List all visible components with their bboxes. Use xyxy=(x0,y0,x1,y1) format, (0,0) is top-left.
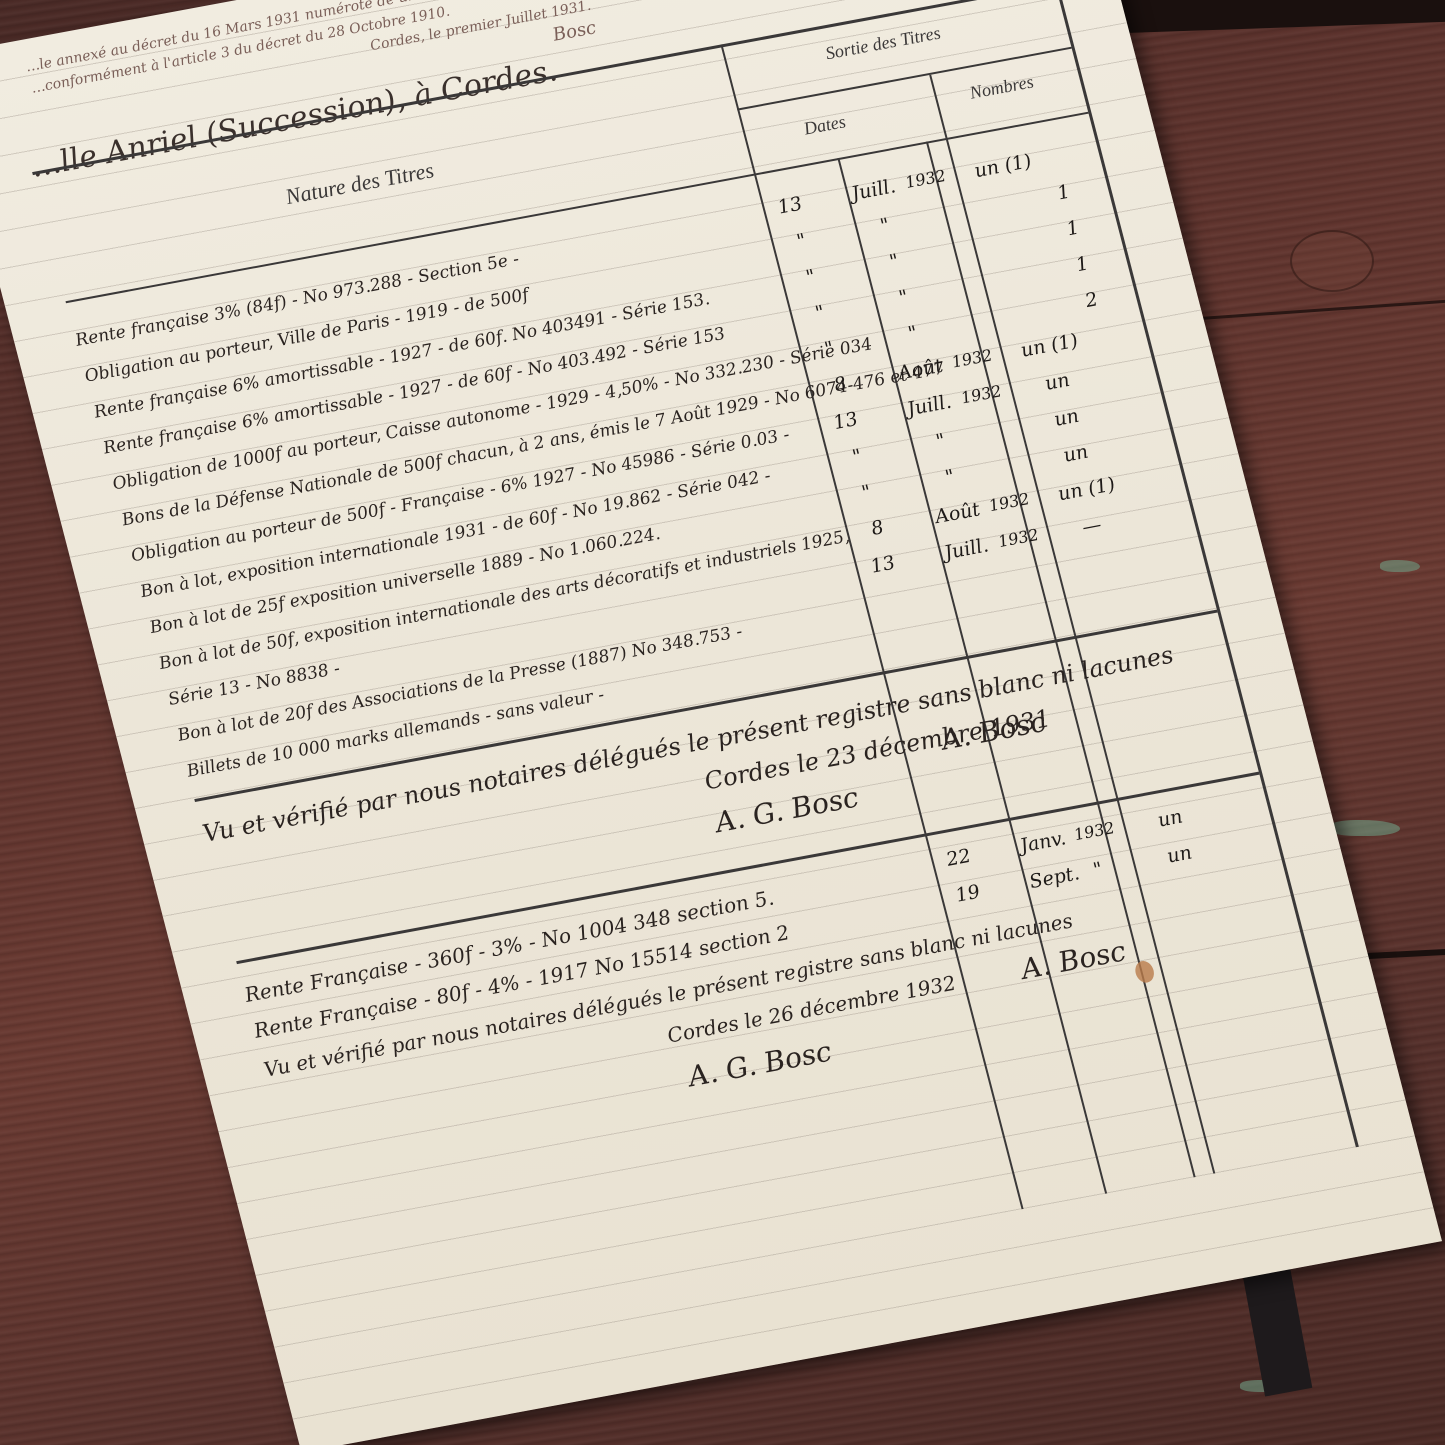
paint-fleck xyxy=(1330,820,1400,836)
entry-day: 13 xyxy=(831,408,860,434)
entry-count: un xyxy=(1061,441,1091,467)
entry-day: 13 xyxy=(775,193,804,219)
entry-count: un xyxy=(1052,405,1082,431)
entry-count: un xyxy=(1155,806,1185,832)
entry-day: 19 xyxy=(953,881,982,907)
wood-knot xyxy=(1290,230,1374,292)
entry-count: un xyxy=(1165,842,1195,868)
entry-day: 22 xyxy=(944,845,973,871)
ledger-page: …le annexé au décret du 16 Mars 1931 num… xyxy=(0,0,1442,1445)
entry-day: 13 xyxy=(868,552,897,578)
paint-fleck xyxy=(1380,560,1420,572)
entry-count: un xyxy=(1042,369,1072,395)
